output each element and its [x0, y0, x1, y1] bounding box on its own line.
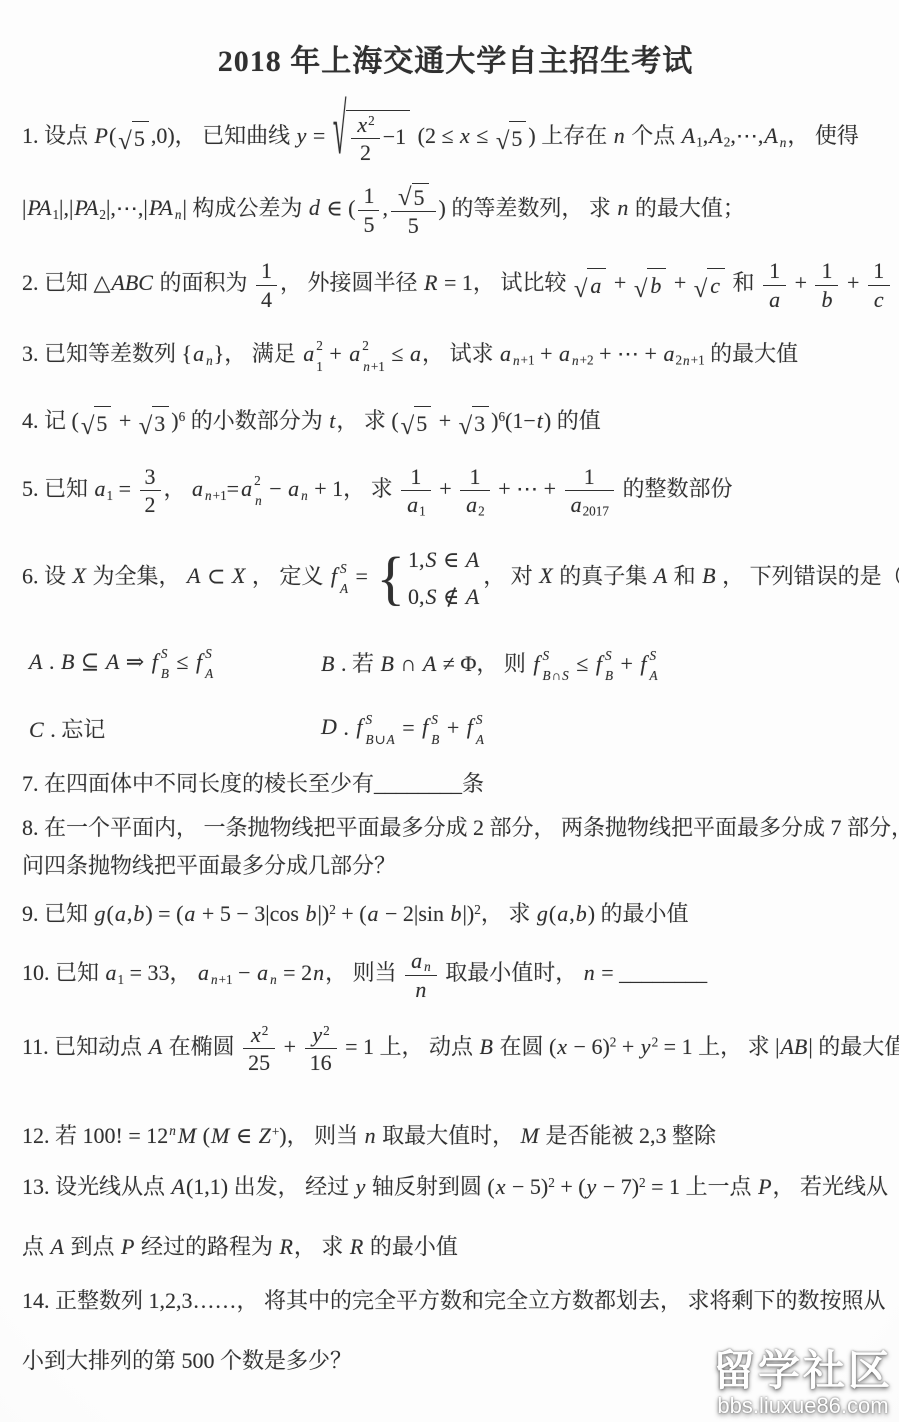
fraction: 1a2 [460, 464, 490, 518]
question-3-line: 3. 已知等差数列 {an}， 满足 a21 + a2n+1 ≤ a， 试求 a… [22, 338, 889, 373]
watermark: 留学社区 bbs.liuxue86.com [713, 1350, 893, 1418]
subscript: n+1 [204, 488, 227, 503]
radical-sign: √ [81, 415, 95, 440]
fraction: ann [405, 948, 437, 1002]
subscript: 1 [107, 488, 114, 503]
scripted-symbol: fSA [466, 713, 485, 747]
square-root: √5 [81, 406, 112, 440]
question-1-line: |PA1|,|PA2|,⋯,|PAn| 构成公差为 d ∈ (15,√55) 的… [22, 182, 889, 239]
radical-sign: √ [118, 130, 132, 155]
superscript: 6 [498, 409, 505, 424]
option-b: B . 若 B ∩ A ≠ Φ， 则 fSB∩S ≤ fSB + fSA [320, 647, 889, 683]
superscript: 2 [652, 1035, 659, 1050]
radical-sign: √ [459, 415, 473, 440]
watermark-site-name: 留学社区 [713, 1350, 893, 1392]
scripted-symbol: a2n [240, 473, 263, 508]
subscript: n [174, 207, 183, 222]
exam-page: 2018 年上海交通大学自主招生考试 1. 设点 P(√5,0)， 已知曲线 y… [0, 0, 899, 1422]
fraction: √55 [391, 182, 436, 239]
subscript: n [300, 488, 309, 503]
question-13-line: 点 A 到点 P 经过的路程为 R， 求 R 的最小值 [22, 1231, 889, 1263]
question-9-line: 9. 已知 g(a,b) = (a + 5 − 3|cos b|)2 + (a … [22, 898, 889, 930]
question-4-line: 4. 记 (√5 + √3)6 的小数部分为 t， 求 (√5 + √3)6(1… [22, 405, 889, 440]
scripted-symbol: fSB∪A [355, 713, 395, 747]
subscript: n+2 [571, 353, 594, 368]
question-12-line: 12. 若 100! = 12nM (M ∈ Z+)， 则当 n 取最大值时， … [22, 1120, 889, 1152]
square-root: √5 [496, 121, 527, 155]
superscript: 2 [610, 1035, 617, 1050]
question-10: 10. 已知 a1 = 33， an+1 − an = 2n， 则当 ann 取… [22, 948, 889, 1002]
question-11: 11. 已知动点 A 在椭圆 x225 + y216 = 1 上， 动点 B 在… [22, 1022, 889, 1076]
fraction: 1a [763, 258, 786, 312]
question-8: 8. 在一个平面内， 一条抛物线把平面最多分成 2 部分， 两条抛物线把平面最多… [22, 812, 889, 882]
question-14-line: 14. 正整数列 1,2,3……， 将其中的完全平方数和完全立方数都划去， 求将… [22, 1285, 889, 1317]
option-a: A . B ⊆ A ⇒ fSB ≤ fSA [28, 647, 320, 683]
radical-sign: √ [401, 415, 415, 440]
square-root: √3 [139, 406, 170, 440]
fraction: 14 [256, 258, 277, 312]
subscript: n [269, 972, 278, 987]
question-4: 4. 记 (√5 + √3)6 的小数部分为 t， 求 (√5 + √3)6(1… [22, 405, 889, 440]
scripted-symbol: fSB [595, 649, 614, 683]
radical-sign: √ [398, 186, 412, 211]
piecewise-cases: {1,S ∈ A0,S ∉ A [376, 544, 480, 613]
radical-sign: √ [574, 278, 588, 303]
fraction: x225 [243, 1022, 275, 1076]
option-c: C . 忘记 [28, 713, 320, 747]
subscript: 1 [118, 972, 125, 987]
scripted-symbol: fSB [421, 713, 440, 747]
fraction: 1a1 [401, 464, 431, 518]
subscript: 1 [696, 135, 703, 150]
question-3: 3. 已知等差数列 {an}， 满足 a21 + a2n+1 ≤ a， 试求 a… [22, 338, 889, 373]
fraction: 1b [815, 258, 838, 312]
square-root: √c [694, 268, 725, 302]
subscript: 1 [419, 504, 426, 519]
question-12: 12. 若 100! = 12nM (M ∈ Z+)， 则当 n 取最大值时， … [22, 1120, 889, 1152]
subscript: 2 [724, 135, 731, 150]
question-1-line: 1. 设点 P(√5,0)， 已知曲线 y = √x22−1 (2 ≤ x ≤ … [22, 110, 889, 166]
scripted-symbol: a21 [302, 338, 323, 373]
subscript: 2n+1 [675, 353, 704, 368]
superscript: 2 [329, 902, 336, 917]
scripted-symbol: fSA [330, 560, 349, 595]
subscript: 2 [478, 504, 485, 519]
question-10-line: 10. 已知 a1 = 33， an+1 − an = 2n， 则当 ann 取… [22, 948, 889, 1002]
subscript: 2017 [583, 504, 609, 519]
square-root: √a [574, 268, 607, 302]
square-root: √b [634, 268, 667, 302]
question-5-line: 5. 已知 a1 = 32， an+1=a2n − an + 1， 求 1a1 … [22, 464, 889, 518]
question-6: 6. 设 X 为全集， A ⊂ X ， 定义 fSA = {1,S ∈ A0,S… [22, 544, 889, 746]
radical-sign: √ [333, 98, 347, 169]
question-13: 13. 设光线从点 A(1,1) 出发， 经过 y 轴反射到圆 (x − 5)2… [22, 1171, 889, 1263]
question-13-line: 13. 设光线从点 A(1,1) 出发， 经过 y 轴反射到圆 (x − 5)2… [22, 1171, 889, 1203]
superscript: 2 [548, 1175, 555, 1190]
radical-sign: √ [694, 278, 708, 303]
option-d: D . fSB∪A = fSB + fSA [320, 713, 889, 747]
question-6-line: 6. 设 X 为全集， A ⊂ X ， 定义 fSA = {1,S ∈ A0,S… [22, 544, 889, 613]
scripted-symbol: fSB [151, 647, 170, 681]
superscript: n [168, 1123, 177, 1138]
scripted-symbol: fSA [639, 649, 658, 683]
square-root: √5 [118, 121, 149, 155]
question-6-options: A . B ⊆ A ⇒ fSB ≤ fSAB . 若 B ∩ A ≠ Φ， 则 … [28, 647, 889, 746]
superscript: 2 [323, 1023, 330, 1038]
superscript: 2 [368, 113, 375, 128]
square-root: √5 [398, 183, 429, 210]
scripted-symbol: a2n+1 [348, 338, 385, 373]
question-2: 2. 已知 △ABC 的面积为 14， 外接圆半径 R = 1， 试比较 √a … [22, 258, 889, 312]
question-5: 5. 已知 a1 = 32， an+1=a2n − an + 1， 求 1a1 … [22, 464, 889, 518]
scripted-symbol: fSB∩S [532, 649, 569, 683]
subscript: n [205, 353, 214, 368]
superscript: 2 [474, 902, 481, 917]
question-2-line: 2. 已知 △ABC 的面积为 14， 外接圆半径 R = 1， 试比较 √a … [22, 258, 889, 312]
question-11-line: 11. 已知动点 A 在椭圆 x225 + y216 = 1 上， 动点 B 在… [22, 1022, 889, 1076]
subscript: 2 [99, 207, 106, 222]
radical-sign: √ [139, 415, 153, 440]
question-7: 7. 在四面体中不同长度的棱长至少有________条 [22, 768, 889, 800]
question-9: 9. 已知 g(a,b) = (a + 5 − 3|cos b|)2 + (a … [22, 898, 889, 930]
question-8-line: 8. 在一个平面内， 一条抛物线把平面最多分成 2 部分， 两条抛物线把平面最多… [22, 812, 889, 844]
fraction: 1a2017 [565, 464, 614, 518]
question-list: 1. 设点 P(√5,0)， 已知曲线 y = √x22−1 (2 ≤ x ≤ … [22, 110, 889, 1377]
square-root: √3 [459, 406, 490, 440]
subscript: n+1 [210, 972, 233, 987]
square-root: √x22−1 [333, 110, 410, 166]
fraction: 32 [140, 464, 161, 518]
superscript: + [272, 1123, 279, 1138]
superscript: 2 [262, 1023, 269, 1038]
square-root: √5 [401, 406, 432, 440]
fraction: 15 [358, 183, 379, 237]
question-8-line: 问四条抛物线把平面最多分成几部分？ [22, 850, 889, 882]
fraction: 1c [868, 258, 890, 312]
watermark-site-url: bbs.liuxue86.com [713, 1394, 893, 1418]
subscript: n+1 [512, 353, 535, 368]
page-title: 2018 年上海交通大学自主招生考试 [22, 36, 889, 80]
superscript: 2 [639, 1175, 646, 1190]
subscript: 1 [52, 207, 59, 222]
radical-sign: √ [634, 278, 648, 303]
question-7-line: 7. 在四面体中不同长度的棱长至少有________条 [22, 768, 889, 800]
cases-brace: { [376, 552, 405, 605]
fraction: y216 [305, 1022, 337, 1076]
subscript: n [779, 135, 788, 150]
superscript: 6 [179, 409, 186, 424]
scripted-symbol: fSA [195, 647, 214, 681]
fraction: x22 [351, 112, 379, 166]
radical-sign: √ [496, 130, 510, 155]
question-1: 1. 设点 P(√5,0)， 已知曲线 y = √x22−1 (2 ≤ x ≤ … [22, 110, 889, 238]
subscript: n [423, 959, 432, 974]
